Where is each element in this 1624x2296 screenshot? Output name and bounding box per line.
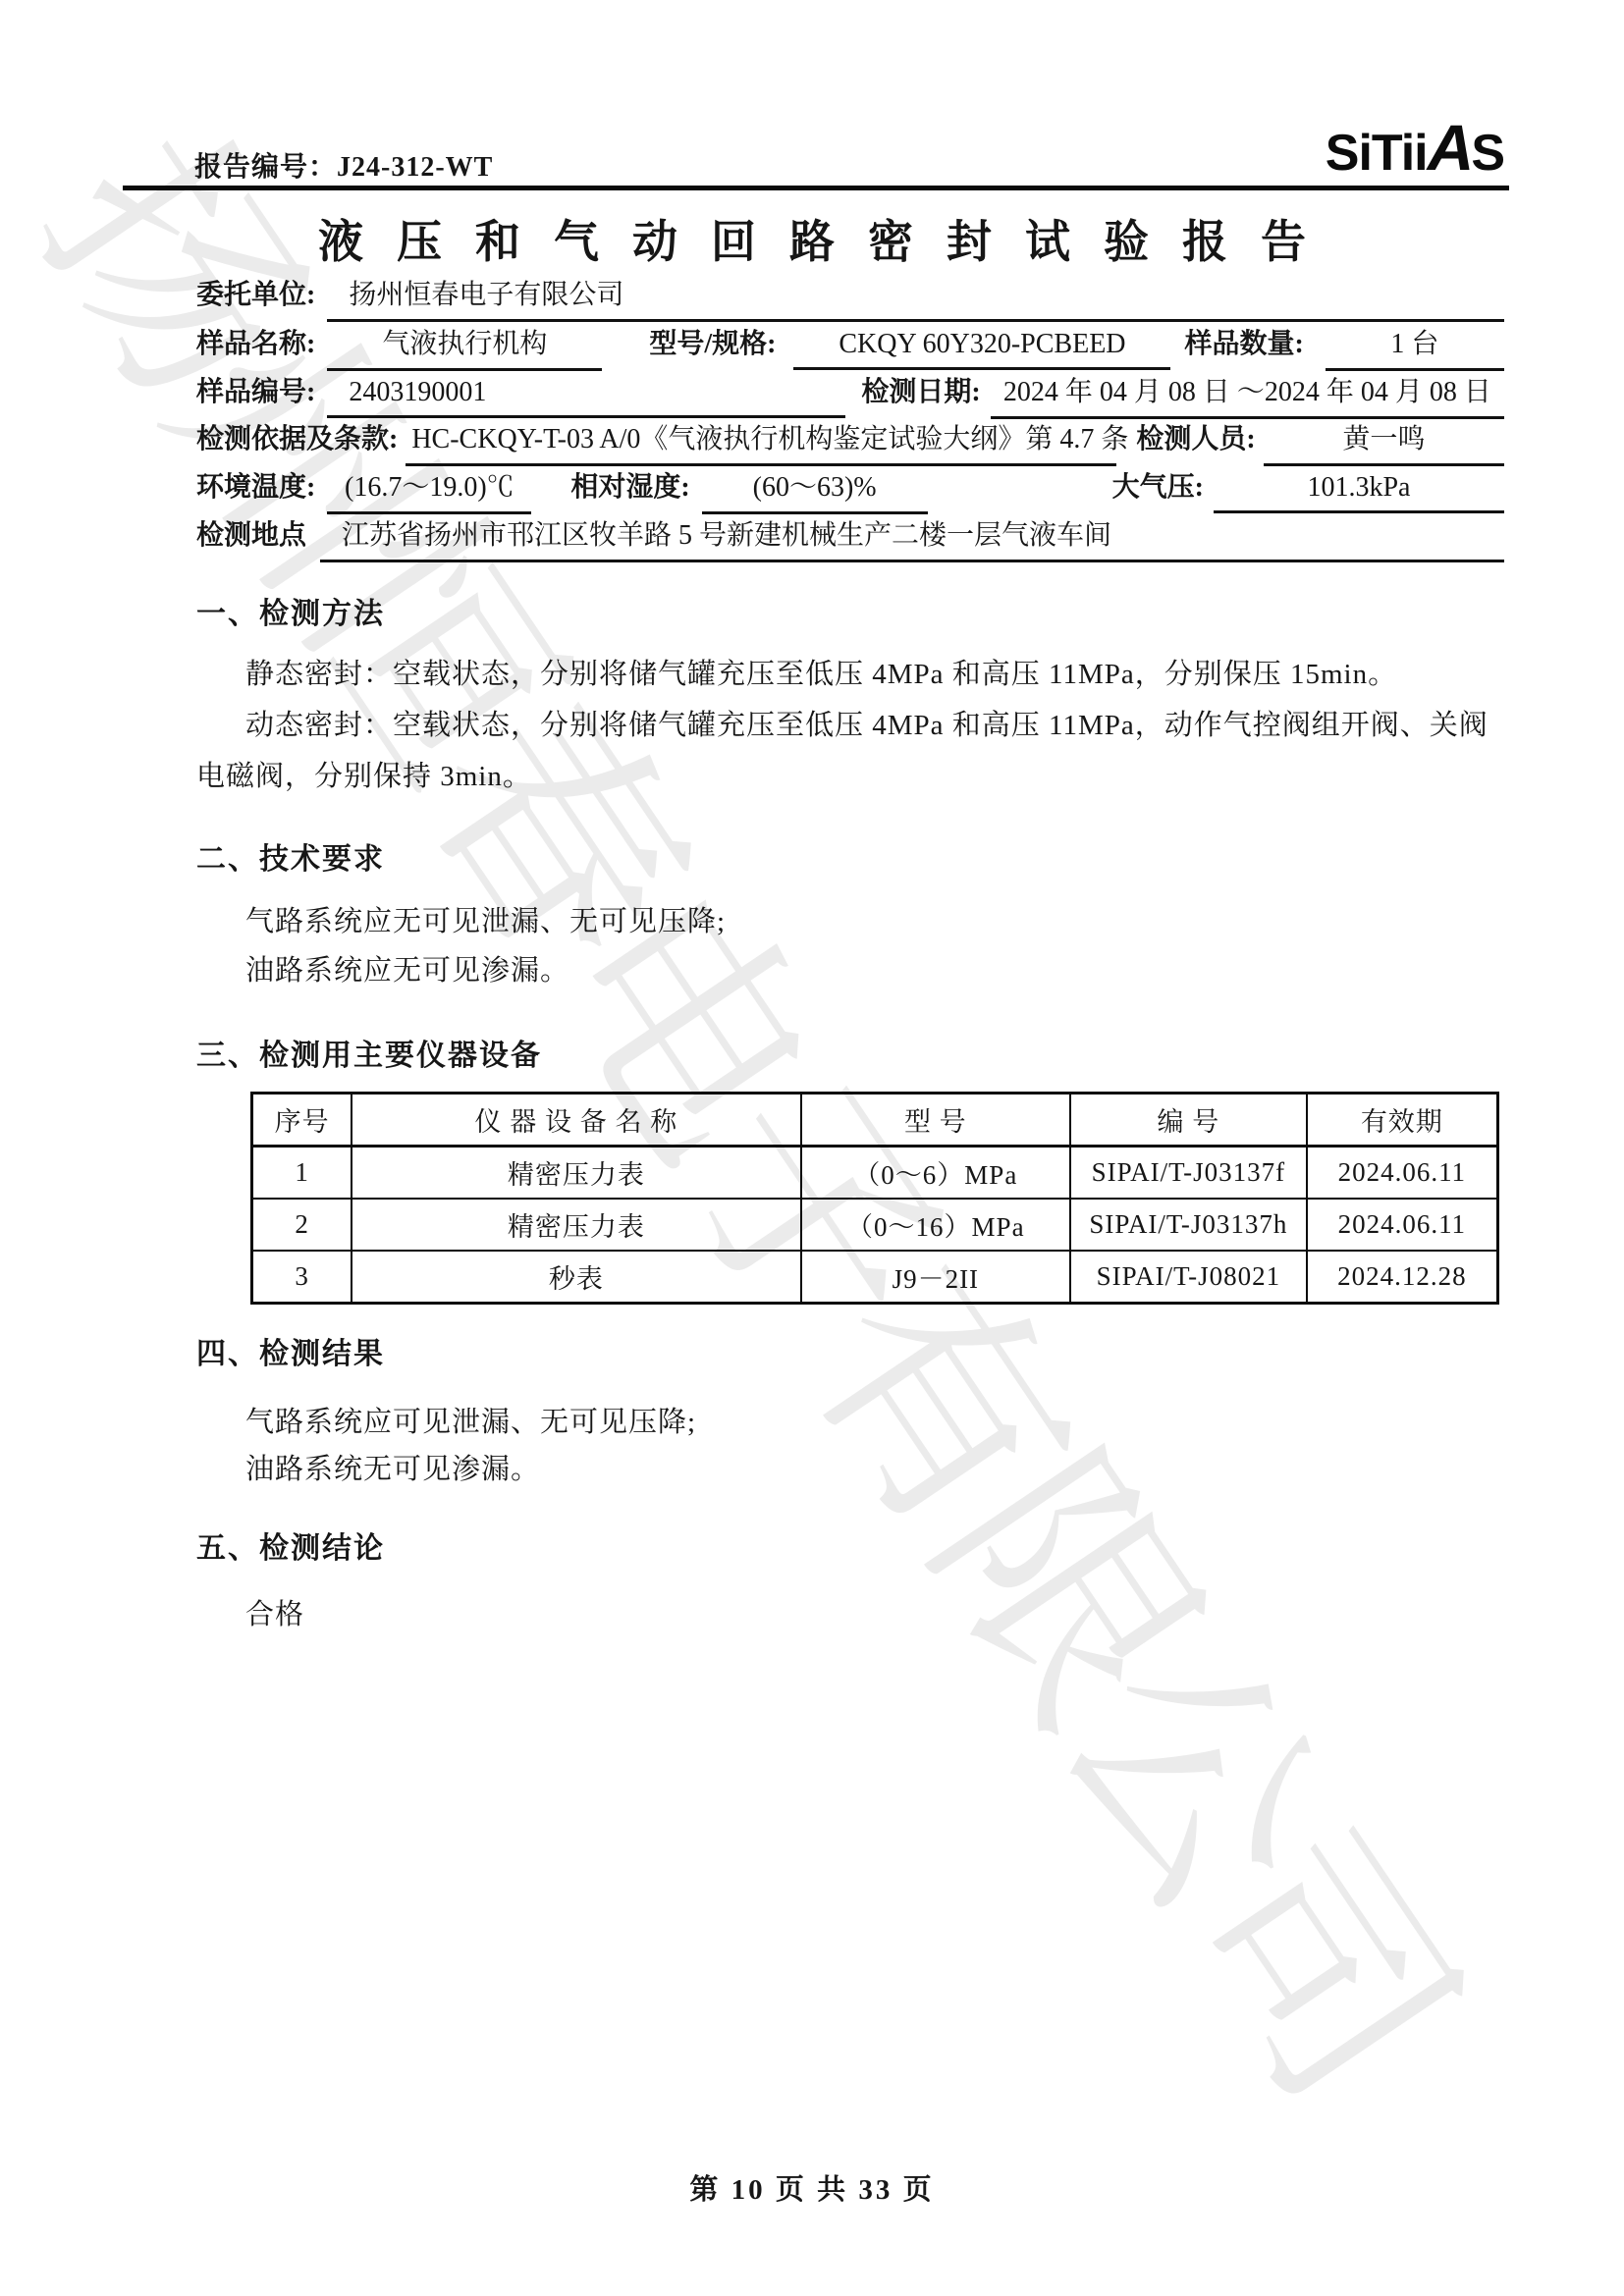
section-1-line-dynamic-seal: 动态密封：空载状态，分别将储气罐充压至低压 4MPa 和高压 11MPa，动作气… [196, 703, 1556, 743]
sample-name-value: 气液执行机构 [327, 322, 602, 371]
col-header-serial: 编 号 [1070, 1094, 1307, 1147]
cell-model: J9－2II [801, 1251, 1071, 1304]
cell-index: 3 [252, 1251, 352, 1304]
section-5-heading: 五、检测结论 [196, 1523, 385, 1567]
page-number-footer: 第 10 页 共 33 页 [0, 2167, 1624, 2208]
location-label: 检测地点 [196, 513, 306, 553]
form-row-sample-number: 样品编号: 2403190001 检测日期: 2024 年 04 月 08 日 … [196, 370, 1504, 419]
logo-letter-a: A [1428, 111, 1472, 184]
cell-serial: SIPAI/T-J03137h [1070, 1199, 1307, 1251]
table-row: 2 精密压力表 （0～16）MPa SIPAI/T-J03137h 2024.0… [252, 1199, 1498, 1251]
report-page: 扬州恒春电子有限公司 报告编号：J24-312-WT SiTiiAS 液压和气动… [0, 0, 1624, 2296]
form-row-basis: 检测依据及条款: HC-CKQY-T-03 A/0《气液执行机构鉴定试验大纲》第… [196, 417, 1504, 466]
document-title: 液压和气动回路密封试验报告 [0, 206, 1624, 271]
form-row-location: 检测地点 江苏省扬州市邗江区牧羊路 5 号新建机械生产二楼一层气液车间 [196, 513, 1504, 562]
test-date-value: 2024 年 04 月 08 日 ～2024 年 04 月 08 日 [991, 370, 1504, 419]
cell-instrument-name: 精密压力表 [352, 1147, 800, 1200]
section-4-line-pneumatic-result: 气路系统应可见泄漏、无可见压降; [196, 1400, 1556, 1440]
tester-label: 检测人员: [1136, 417, 1255, 456]
cell-model: （0～6）MPa [801, 1147, 1071, 1200]
section-1-line-static-seal: 静态密封：空载状态，分别将储气罐充压至低压 4MPa 和高压 11MPa，分别保… [196, 652, 1556, 692]
instrument-table-header-row: 序号 仪 器 设 备 名 称 型 号 编 号 有效期 [252, 1094, 1498, 1147]
section-3-heading: 三、检测用主要仪器设备 [196, 1031, 542, 1074]
form-row-environment: 环境温度: (16.7～19.0)℃ 相对湿度: (60～63)% 大气压: 1… [196, 465, 1504, 514]
col-header-index: 序号 [252, 1094, 352, 1147]
client-label: 委托单位: [196, 273, 315, 312]
report-number-value: J24-312-WT [337, 152, 493, 183]
section-1-heading: 一、检测方法 [196, 589, 385, 632]
client-value: 扬州恒春电子有限公司 [327, 273, 1504, 322]
col-header-validity: 有效期 [1307, 1094, 1498, 1147]
section-2-line-oil: 油路系统应无可见渗漏。 [196, 948, 1556, 988]
form-row-sample-name: 样品名称: 气液执行机构 型号/规格: CKQY 60Y320-PCBEED 样… [196, 322, 1504, 371]
pressure-label: 大气压: [1112, 465, 1204, 505]
section-4-line-oil-result: 油路系统无可见渗漏。 [196, 1447, 1556, 1487]
table-row: 1 精密压力表 （0～6）MPa SIPAI/T-J03137f 2024.06… [252, 1147, 1498, 1200]
sample-name-label: 样品名称: [196, 322, 315, 361]
report-number-line: 报告编号：J24-312-WT [194, 145, 493, 185]
model-label: 型号/规格: [649, 322, 776, 361]
section-2-heading: 二、技术要求 [196, 834, 385, 878]
logo-text-prefix: SiTii [1326, 125, 1428, 182]
sample-number-value: 2403190001 [327, 377, 845, 418]
test-date-label: 检测日期: [861, 370, 980, 409]
header-divider-rule [123, 186, 1509, 190]
cell-serial: SIPAI/T-J03137f [1070, 1147, 1307, 1200]
cell-validity: 2024.12.28 [1307, 1251, 1498, 1304]
cell-serial: SIPAI/T-J08021 [1070, 1251, 1307, 1304]
basis-value: HC-CKQY-T-03 A/0《气液执行机构鉴定试验大纲》第 4.7 条 [406, 417, 1116, 466]
section-2-line-pneumatic: 气路系统应无可见泄漏、无可见压降; [196, 899, 1556, 939]
humidity-value: (60～63)% [702, 465, 928, 514]
sample-number-label: 样品编号: [196, 370, 315, 409]
cell-model: （0～16）MPa [801, 1199, 1071, 1251]
env-temp-label: 环境温度: [196, 465, 315, 505]
sitiias-logo: SiTiiAS [1129, 110, 1504, 185]
location-value: 江苏省扬州市邗江区牧羊路 5 号新建机械生产二楼一层气液车间 [320, 513, 1504, 562]
model-value: CKQY 60Y320-PCBEED [793, 329, 1170, 370]
section-4-heading: 四、检测结果 [196, 1329, 385, 1372]
env-temp-value: (16.7～19.0)℃ [327, 465, 531, 514]
basis-label: 检测依据及条款: [196, 417, 398, 456]
form-row-client: 委托单位: 扬州恒春电子有限公司 [196, 273, 1504, 322]
col-header-instrument-name: 仪 器 设 备 名 称 [352, 1094, 800, 1147]
cell-instrument-name: 秒表 [352, 1251, 800, 1304]
report-content: 报告编号：J24-312-WT SiTiiAS 液压和气动回路密封试验报告 委托… [0, 0, 1624, 2296]
table-row: 3 秒表 J9－2II SIPAI/T-J08021 2024.12.28 [252, 1251, 1498, 1304]
cell-validity: 2024.06.11 [1307, 1199, 1498, 1251]
report-number-label: 报告编号： [194, 152, 337, 183]
quantity-value: 1 台 [1326, 322, 1504, 371]
section-1-line-continuation: 电磁阀，分别保持 3min。 [196, 754, 1507, 794]
instrument-table: 序号 仪 器 设 备 名 称 型 号 编 号 有效期 1 精密压力表 （0～6）… [250, 1092, 1499, 1305]
section-5-conclusion: 合格 [196, 1592, 1556, 1632]
cell-instrument-name: 精密压力表 [352, 1199, 800, 1251]
cell-index: 1 [252, 1147, 352, 1200]
cell-index: 2 [252, 1199, 352, 1251]
logo-text-suffix: S [1471, 125, 1504, 182]
pressure-value: 101.3kPa [1214, 472, 1504, 513]
cell-validity: 2024.06.11 [1307, 1147, 1498, 1200]
quantity-label: 样品数量: [1184, 322, 1303, 361]
tester-value: 黄一鸣 [1264, 417, 1504, 466]
col-header-model: 型 号 [801, 1094, 1071, 1147]
humidity-label: 相对湿度: [570, 465, 689, 505]
